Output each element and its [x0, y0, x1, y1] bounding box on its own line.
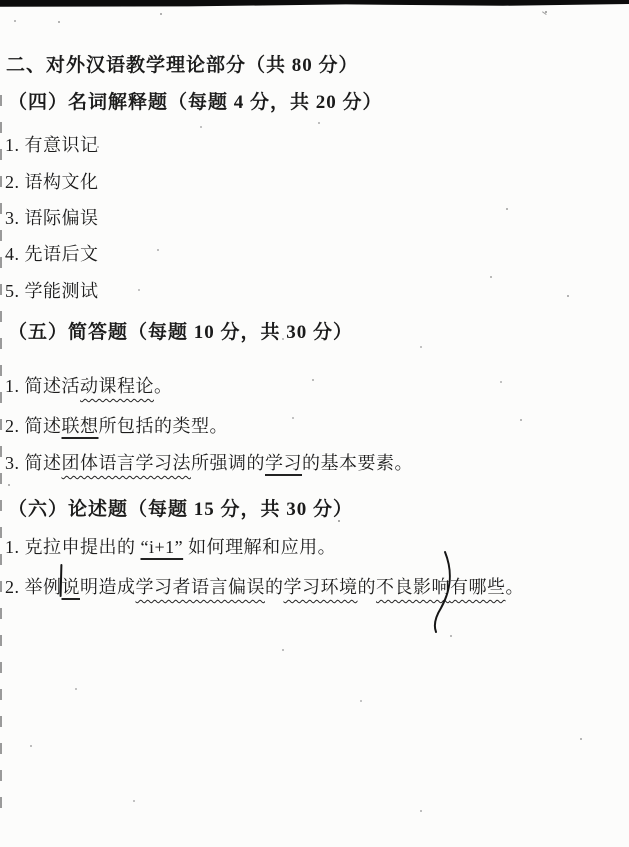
text-segment: 的基本要素。	[302, 453, 413, 473]
text-segment: 1. 克拉申提出的	[5, 537, 141, 557]
underlined-phrase: “i+1”	[141, 537, 184, 557]
text-segment: 所包括的类型。	[99, 416, 229, 436]
pen-slash-mark	[427, 550, 453, 634]
text-segment: 所强调的	[191, 453, 265, 473]
scan-edge-left-dashes	[0, 95, 2, 815]
text-segment: 的	[358, 577, 377, 597]
wavy-underlined-phrase: 有哪些	[450, 577, 506, 597]
underlined-phrase: 说	[62, 577, 81, 597]
text-segment: 。	[154, 376, 173, 396]
wavy-underlined-phrase: 团体语言学习法	[62, 453, 192, 473]
glossary-item-2: 2. 语构文化	[5, 171, 99, 194]
scanned-exam-page: 二、对外汉语教学理论部分（共 80 分） （四）名词解释题（每题 4 分，共 2…	[0, 0, 629, 847]
text-segment: 。	[506, 577, 525, 597]
text-segment: 2. 简述	[5, 416, 62, 436]
text-segment: 2. 举例	[5, 577, 62, 597]
scan-edge-bar	[0, 0, 629, 8]
section-essay-heading: （六）论述题（每题 15 分，共 30 分）	[8, 498, 353, 522]
wavy-underlined-phrase: 学习环境	[284, 577, 358, 597]
text-segment: 1. 简述活	[5, 376, 80, 396]
essay-item-1: 1. 克拉申提出的 “i+1” 如何理解和应用。	[5, 536, 336, 559]
glossary-item-4: 4. 先语后文	[5, 243, 99, 266]
glossary-item-3: 3. 语际偏误	[5, 207, 99, 230]
underlined-phrase: 学习	[265, 453, 302, 473]
scan-corner-mark	[542, 8, 549, 15]
text-segment: 明造成	[80, 577, 136, 597]
section-short-answer-heading: （五）简答题（每题 10 分，共 30 分）	[8, 321, 353, 345]
short-answer-item-3: 3. 简述团体语言学习法所强调的学习的基本要素。	[5, 452, 413, 475]
part-heading: 二、对外汉语教学理论部分（共 80 分）	[6, 54, 359, 78]
wavy-underlined-phrase: 动课程论	[80, 376, 154, 396]
wavy-underlined-phrase: 学习者语言偏误	[136, 577, 266, 597]
short-answer-item-2: 2. 简述联想所包括的类型。	[5, 415, 228, 438]
section-glossary-heading: （四）名词解释题（每题 4 分，共 20 分）	[8, 91, 383, 115]
text-segment: 的	[265, 577, 284, 597]
short-answer-item-1: 1. 简述活动课程论。	[5, 375, 173, 398]
scan-noise-specks	[0, 0, 2, 2]
glossary-item-1: 1. 有意识记	[5, 134, 99, 157]
text-segment: 如何理解和应用。	[183, 537, 336, 557]
underlined-phrase: 联想	[62, 416, 99, 436]
text-segment: 3. 简述	[5, 453, 62, 473]
glossary-item-5: 5. 学能测试	[5, 280, 99, 303]
